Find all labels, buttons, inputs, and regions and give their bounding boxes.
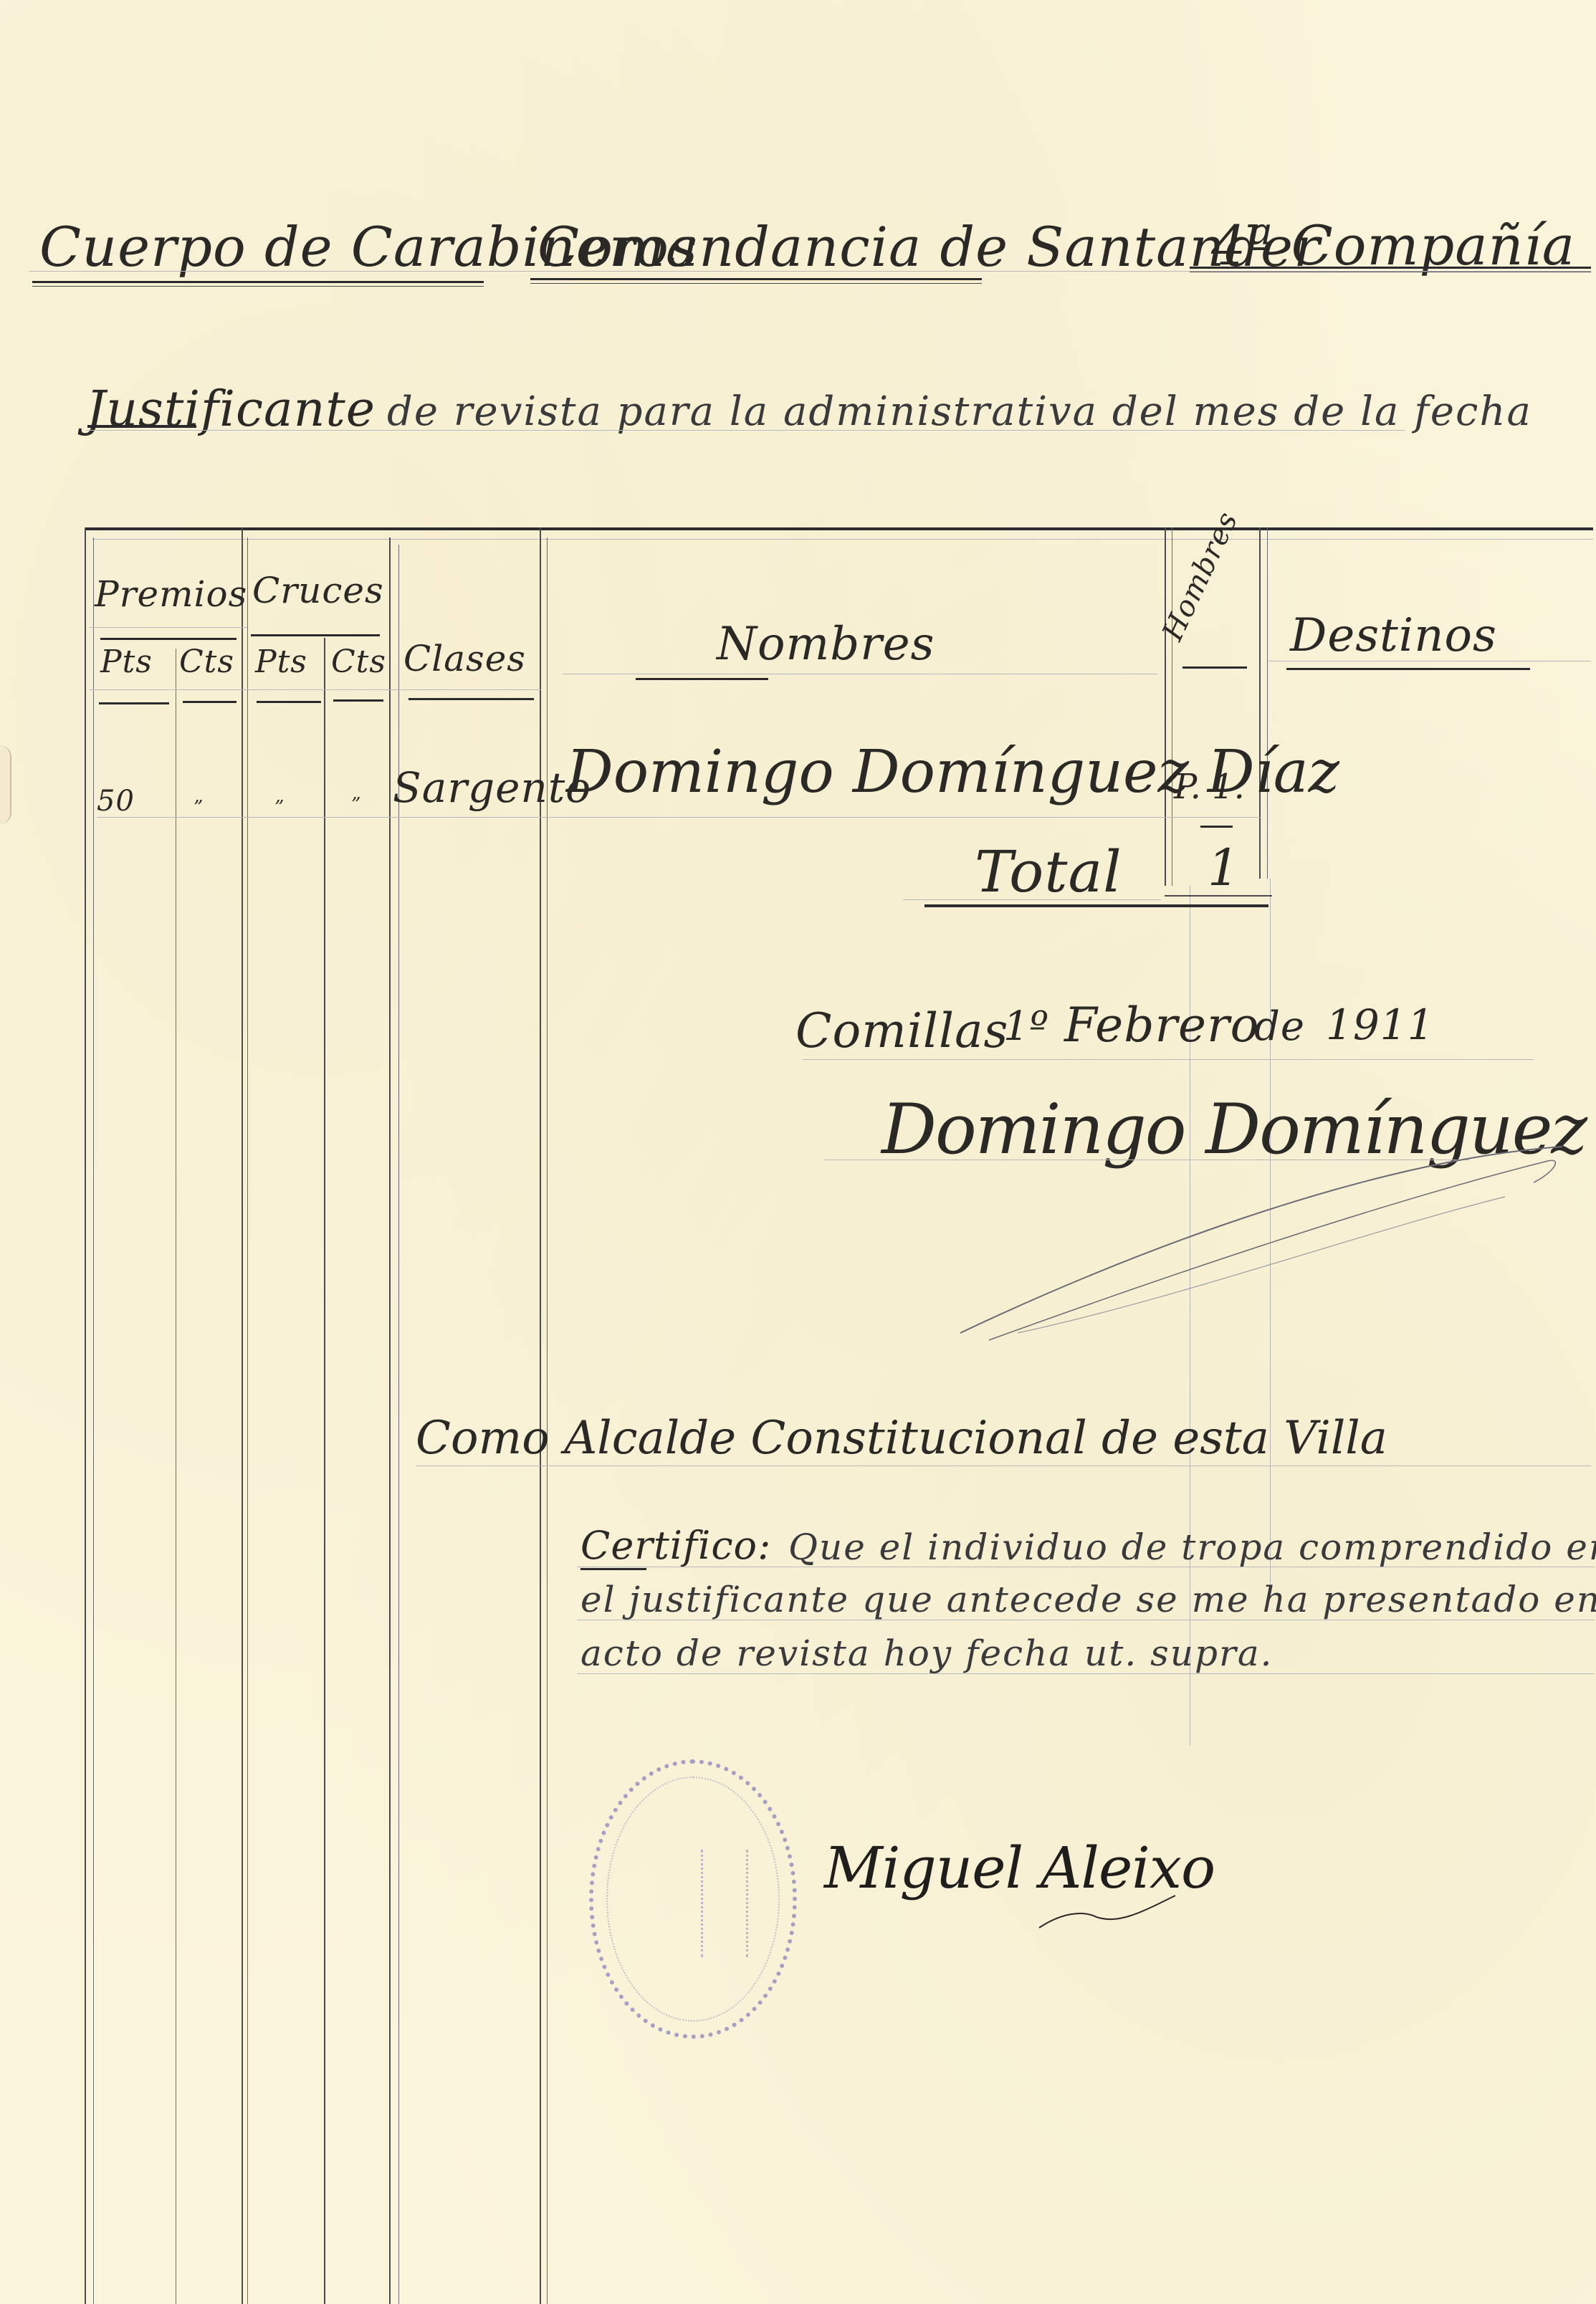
header-guide-1: [90, 627, 247, 628]
row-hombres: P. 1.: [1174, 767, 1245, 807]
col-rule-cruces-split: [324, 638, 325, 2304]
certification-line-2: Que el individuo de tropa comprendido en: [788, 1526, 1596, 1568]
premios-pts-underline: [99, 702, 169, 704]
row-cruces-pts: ”: [274, 797, 285, 818]
row-cruces-cts: ”: [351, 794, 361, 816]
clases-underline: [408, 698, 534, 700]
date-day: 1º: [1003, 1003, 1049, 1050]
seal-coat-of-arms: [701, 1850, 748, 1957]
nombres-guide: [563, 674, 1157, 674]
subtitle-rest: de revista para la administrativa del me…: [387, 388, 1532, 435]
date-baseline: [803, 1059, 1534, 1060]
col-rule-premios-split: [176, 649, 176, 2304]
signature-mayor: Miguel Aleixo: [824, 1835, 1215, 1901]
header-cruces-pts: Pts: [255, 644, 307, 680]
col-rule-nombres-hombres-inner: [1172, 527, 1172, 886]
municipal-seal-stamp: [589, 1759, 797, 2039]
certification-line-1: Como Alcalde Constitucional de esta Vill…: [416, 1412, 1387, 1465]
certification-line-4: acto de revista hoy fecha ut. supra.: [580, 1633, 1274, 1674]
date-year: 1911: [1326, 1000, 1435, 1049]
row-premios-cts: ”: [193, 797, 204, 818]
document-header: Cuerpo de Carabineros Comandancia de San…: [0, 0, 1596, 330]
date-line: Comillas 1º Febrero de 1911: [788, 982, 1505, 1075]
destinos-underline: [1286, 668, 1530, 670]
hombres-total-rule: [1200, 826, 1233, 828]
document-subtitle: Justificante de revista para la administ…: [0, 330, 1596, 473]
header-cruces-cts: Cts: [331, 644, 386, 680]
certification-line-2-baseline: [577, 1567, 1595, 1567]
nombres-underline: [636, 678, 768, 680]
cruces-cts-underline: [333, 699, 383, 702]
header-command-underline: [530, 278, 982, 284]
hombres-underline: [1182, 666, 1247, 669]
header-premios: Premios: [95, 573, 247, 615]
date-place: Comillas: [795, 1003, 1008, 1058]
premios-cts-underline: [183, 701, 236, 703]
row-clase: Sargento: [393, 763, 591, 812]
date-de: de: [1254, 1003, 1305, 1050]
certifico-label: Certifico:: [580, 1523, 771, 1568]
seal-inner-ring: [606, 1777, 780, 2022]
header-nombres: Nombres: [717, 618, 935, 671]
cruces-pts-underline: [257, 701, 321, 703]
header-baseline: [29, 271, 1591, 272]
date-month: Febrero: [1064, 998, 1259, 1053]
table-row: 50 ” ” ” Sargento Domingo Domínguez Díaz…: [0, 717, 1276, 824]
subtitle-baseline: [86, 430, 1405, 431]
total-label: Total: [975, 838, 1122, 905]
header-cruces: Cruces: [252, 570, 384, 611]
certification-line-1-baseline: [416, 1466, 1591, 1466]
row-premios-pts: 50: [97, 785, 135, 818]
cruces-underline: [251, 634, 380, 636]
col-rule-hombres-destinos: [1259, 527, 1261, 879]
subtitle-title-underline: [87, 425, 196, 428]
col-rule-hombres-destinos-inner: [1267, 527, 1268, 879]
certification-line-3-baseline: [577, 1620, 1595, 1620]
certifico-underline: [580, 1568, 646, 1570]
premios-underline: [100, 638, 236, 640]
header-clases: Clases: [403, 638, 526, 679]
signature-sargento: Domingo Domínguez: [881, 1089, 1586, 1170]
total-value: 1: [1208, 838, 1241, 897]
certification-line-4-baseline: [577, 1673, 1595, 1674]
certification-line-3: el justificante que antecede se me ha pr…: [580, 1579, 1596, 1620]
mayor-certification: Como Alcalde Constitucional de esta Vill…: [401, 1405, 1591, 1706]
col-rule-nombres-hombres: [1165, 527, 1166, 886]
table-top-border: [85, 527, 1593, 530]
table-top-inner: [92, 539, 1593, 540]
header-guide-2: [90, 689, 541, 690]
signature-1-baseline: [824, 1160, 1469, 1160]
header-corps-underline: [32, 281, 484, 287]
header-premios-pts: Pts: [100, 644, 153, 680]
header-destinos: Destinos: [1290, 609, 1497, 662]
header-premios-cts: Cts: [179, 644, 234, 680]
